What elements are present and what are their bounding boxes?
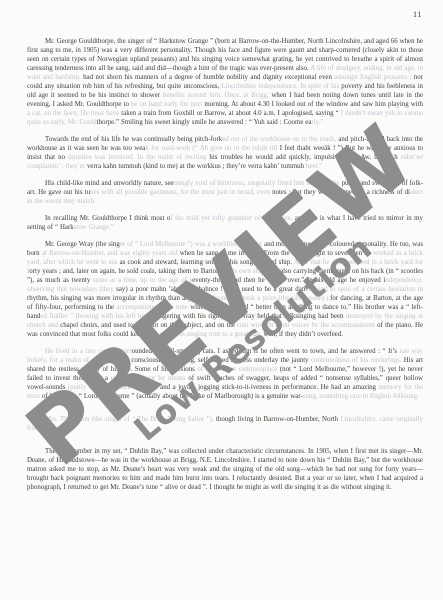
paragraphs: Mr. George Gouldthorpe, the singer of “ …	[27, 37, 423, 500]
text-segment: thorpe.” Smiling his sweet kingly smile …	[97, 119, 312, 126]
text-segment: of his songs. “ Lord Melbourne ” (actual…	[42, 393, 303, 400]
text-segment: verra kahn tummuh (kind to me) at the wo…	[87, 163, 306, 170]
text-segment: taken a train from Goxhill or Barrow, at…	[121, 110, 341, 117]
text-segment: rly.”	[311, 119, 323, 126]
text-segment: Towards the end of his life he was conti…	[45, 136, 222, 143]
text-segment: injustice was involved. In the midst of …	[68, 154, 209, 161]
text-segment: be on hand early the next	[131, 101, 204, 108]
text-segment: when he sang to me in 1906. From the age…	[180, 250, 373, 257]
text-segment: song, something rare in English folksong…	[303, 393, 419, 400]
text-segment: a cat, on the lawn. He must have	[27, 110, 121, 117]
text-segment: stone at a time, up to the age of s	[93, 277, 192, 284]
text-segment: found. He took a prize (the silver penny…	[213, 295, 330, 302]
text-segment: ed fiddler ” (bowing with his left hand,	[40, 313, 155, 320]
text-segment: In recalling Mr. Gouldthorpe I think mos…	[45, 215, 170, 222]
text-segment: benefits around him. Once, at Brigg,	[163, 92, 272, 99]
text-segment: His child-like mind and unworldly nature…	[45, 180, 174, 187]
page-number: 11	[413, 9, 422, 19]
text-segment: Mr. George Wray (the sing	[45, 241, 120, 248]
text-segment: chapel choirs, and used to wax hot on th…	[60, 322, 237, 329]
paragraph: He lived in a tiny cottage surrounded by…	[27, 347, 423, 401]
text-segment: well, if they didn’t overfeed.	[263, 331, 343, 338]
text-segment: say) a poor mahn ’ahsn’t a chahnce ! ” H…	[116, 286, 305, 293]
text-segment: at Barrow-on-Humber, and was eighty year…	[42, 250, 180, 257]
paragraph: Mr. George Gouldthorpe, the singer of “ …	[27, 37, 423, 127]
text-segment: The first number in my set, “ Dublin Bay…	[27, 448, 423, 491]
text-segment: A consciousness of snug, self-earned suc…	[124, 357, 311, 364]
paragraph: In recalling Mr. Gouldthorpe I think mos…	[27, 214, 423, 232]
text-segment: ruin wrought upon voices by the accompan…	[237, 322, 377, 329]
text-segment: f the mild yet lofty grandeur of his nat…	[170, 215, 295, 222]
text-segment: cer, and in spite of a certain hesitatio…	[305, 286, 423, 293]
text-segment: heer.”	[306, 163, 322, 170]
text-segment: of tunes were commonplace	[197, 366, 279, 373]
paragraph: His child-like mind and unworldly nature…	[27, 179, 423, 206]
text-segment: fingering with his right). Mr. Wray held…	[155, 313, 346, 320]
scanned-book-page: 11 Mr. George Gouldthorpe, the singer of…	[0, 0, 443, 600]
text-segment: contentedness of his renderings.	[311, 357, 404, 364]
paragraph: Mr. George Wray (the singer of “ Lord Me…	[27, 240, 423, 339]
text-segment: rhythm, his singing was more irregular i…	[27, 295, 213, 302]
paragraph: Towards the end of his life he was conti…	[27, 135, 423, 171]
text-segment: nes with all possible gauntness, for the…	[90, 189, 272, 196]
paragraph: Mrs. Thompson (the singer of “ The Brisk…	[27, 415, 423, 433]
text-segment: mingly void of bitterness, singularly fi…	[174, 180, 342, 187]
text-segment: morning. At about 4.30 I looked out of t…	[204, 101, 423, 108]
text-segment: eventy-three, and then he “ give over.” …	[192, 277, 385, 284]
text-segment: (partly due to his lack of teeth)	[68, 384, 160, 391]
text-segment: had not shorn his manners of a degree of…	[83, 74, 334, 81]
text-segment: ir voices in singing trim to a great age…	[154, 331, 264, 338]
text-segment: Mrs. Thompson (the singer of “ The Brisk…	[45, 416, 216, 423]
text-segment: as cook and steward, learning some of hi…	[120, 259, 294, 266]
text-segment: his troubles he would add quickly, impul…	[209, 154, 400, 161]
text-segment: Lincolnshire independence. In spite of h…	[221, 83, 341, 90]
text-segment: ed out of the workhouse on to the roads,	[222, 136, 338, 143]
text-segment: amongst English peasants ;	[334, 74, 413, 81]
text-segment: and a jovial, jogging stick-to-it-ivenes…	[160, 384, 378, 391]
text-segment: er of “ Lord Melbourne ”) was a worldlie…	[120, 241, 264, 248]
text-segment: accompaniment of a tune	[116, 304, 190, 311]
text-segment: stow Grange.”	[74, 224, 114, 231]
text-segment: notes ; but they were adorned by a richn…	[272, 189, 410, 196]
text-segment: orty years ; and, later on again, he sol…	[29, 268, 221, 275]
text-segment: unique glamour by means	[111, 375, 189, 382]
text-segment: ounded by evil-smelling cats. I asked hi…	[132, 348, 400, 355]
paragraph: The first number in my set, “ Dublin Bay…	[27, 447, 423, 492]
text-segment: though living in Barrow-on-Humber, North	[216, 416, 340, 423]
text-segment: k for road-work (“ Ah give on to the roh…	[145, 145, 279, 152]
text-segment: in his own ship, and	[222, 268, 281, 275]
text-segment: He lived in a tiny cottage surr	[45, 348, 132, 355]
